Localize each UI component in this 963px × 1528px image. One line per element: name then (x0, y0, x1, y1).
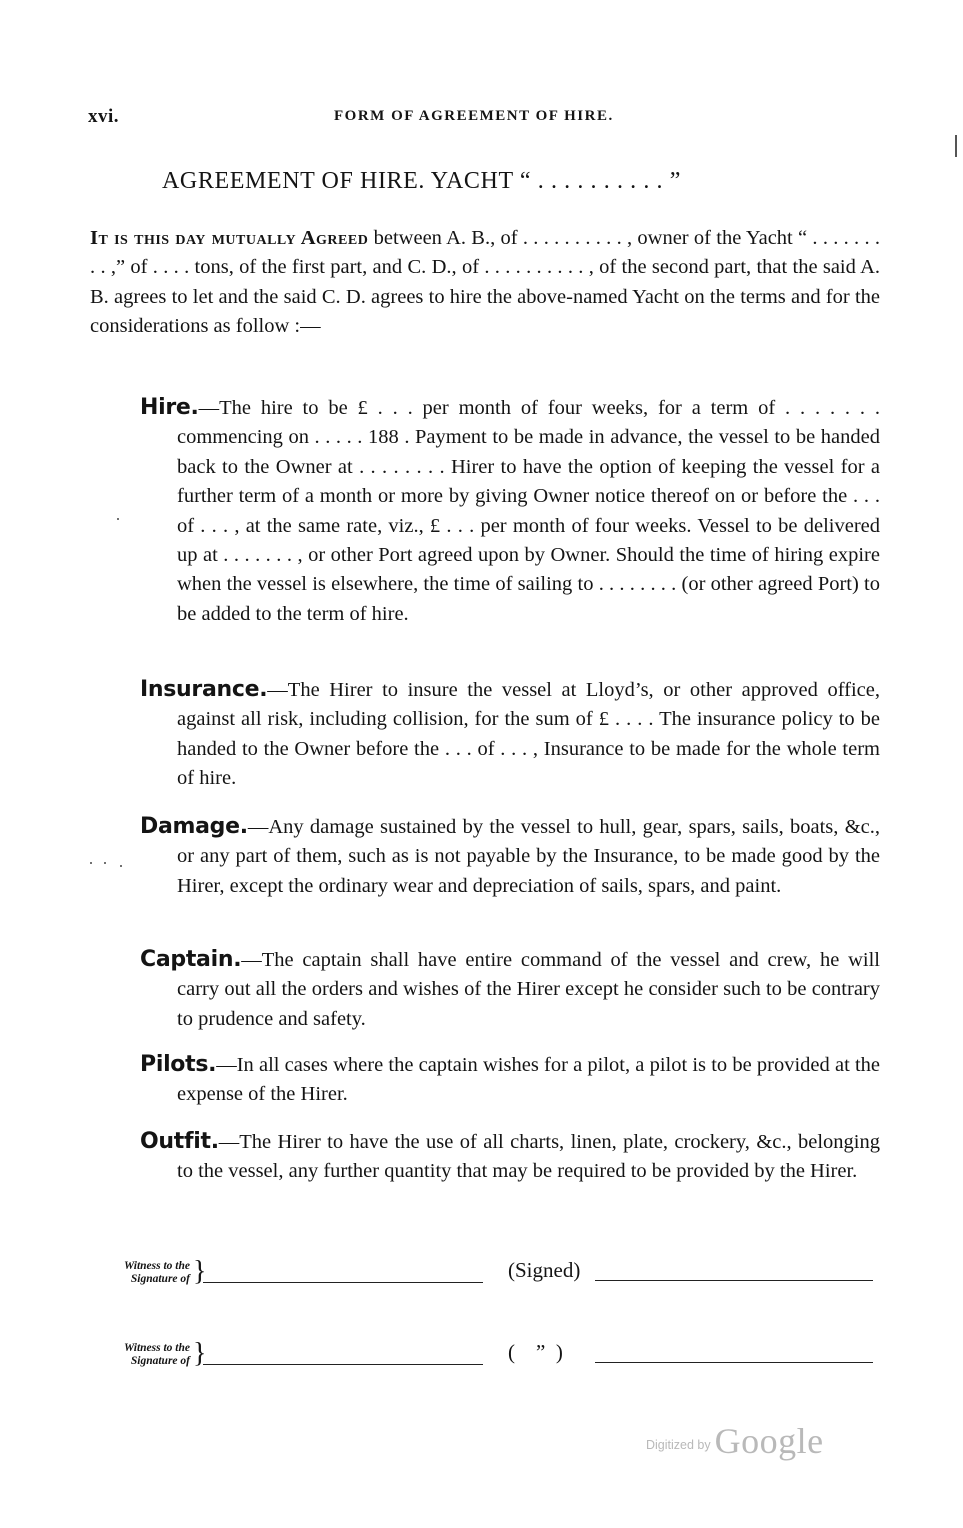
witness-label-line: Signature of (90, 1273, 190, 1286)
clause-heading: Hire. (140, 395, 199, 420)
signature-line[interactable] (595, 1280, 873, 1281)
clause-text: —The Hirer to insure the vessel at Lloyd… (177, 679, 880, 789)
clause-text: —The hire to be £ . . . per month of fou… (177, 397, 880, 625)
signature-row: Witness to the Signature of } ( ” ) (90, 1342, 880, 1382)
scan-speck (104, 862, 106, 864)
clause-heading: Outfit. (140, 1129, 219, 1154)
clause-insurance: Insurance.—The Hirer to insure the vesse… (140, 675, 880, 794)
witness-signature-line[interactable] (203, 1282, 483, 1283)
clause-pilots: Pilots.—In all cases where the captain w… (140, 1050, 880, 1110)
running-title: FORM OF AGREEMENT OF HIRE. (334, 108, 614, 125)
clause-heading: Damage. (140, 814, 248, 839)
witness-label-line: Signature of (90, 1355, 190, 1368)
witness-label-line: Witness to the (90, 1260, 190, 1273)
clause-damage: Damage.—Any damage sustained by the vess… (140, 812, 880, 901)
signature-line[interactable] (595, 1362, 873, 1363)
scan-edge-mark (955, 135, 957, 157)
witness-label: Witness to the Signature of (90, 1260, 190, 1286)
clause-captain: Captain.—The captain shall have entire c… (140, 945, 880, 1034)
clause-text: —The captain shall have entire command o… (177, 949, 880, 1030)
clause-hire: Hire.—The hire to be £ . . . per month o… (140, 393, 880, 629)
clause-text: —The Hirer to have the use of all charts… (177, 1131, 880, 1182)
witness-signature-line[interactable] (203, 1364, 483, 1365)
clause-outfit: Outfit.—The Hirer to have the use of all… (140, 1127, 880, 1187)
google-logo: Google (715, 1421, 824, 1461)
witness-label: Witness to the Signature of (90, 1342, 190, 1368)
clause-heading: Pilots. (140, 1052, 216, 1077)
scan-speck (90, 862, 92, 864)
signed-label: ( ” ) (508, 1340, 563, 1365)
witness-label-line: Witness to the (90, 1342, 190, 1355)
signed-label: (Signed) (508, 1258, 580, 1283)
scan-speck (117, 518, 119, 520)
document-title: AGREEMENT OF HIRE. YACHT “ . . . . . . .… (162, 168, 681, 195)
running-head: xvi. FORM OF AGREEMENT OF HIRE. (88, 106, 888, 130)
intro-paragraph: It is this day mutually Agreed between A… (90, 224, 880, 342)
page-number: xvi. (88, 106, 119, 128)
intro-lead: It is this day mutually Agreed (90, 227, 368, 249)
scan-speck (120, 865, 122, 867)
clause-heading: Insurance. (140, 677, 267, 702)
clause-heading: Captain. (140, 947, 241, 972)
watermark-prefix: Digitized by (646, 1438, 711, 1452)
clause-text: —Any damage sustained by the vessel to h… (177, 816, 880, 897)
digitized-by-google-watermark: Digitized by Google (646, 1420, 824, 1462)
clause-text: —In all cases where the captain wishes f… (177, 1054, 880, 1105)
signature-row: Witness to the Signature of } (Signed) (90, 1260, 880, 1300)
